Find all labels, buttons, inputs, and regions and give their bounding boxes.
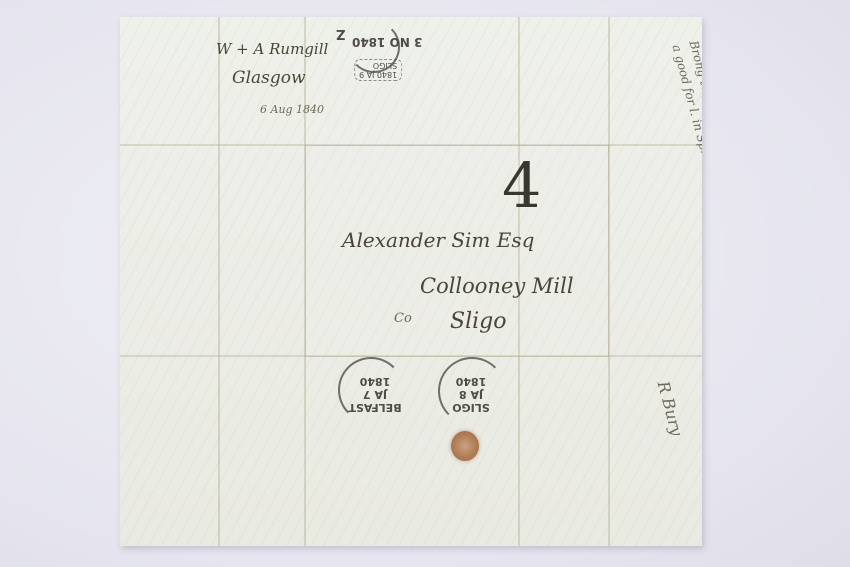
postmark-sligo-year: 1840 [440,375,502,388]
postmark-boxed-town: SLIGO [359,61,397,70]
postmark-belfast-date: JA 7 [344,388,406,401]
wax-seal [451,431,479,461]
postmark-fragment: Z [336,26,345,41]
folded-letter: W + A Rumgill Glasgow 6 Aug 1840 3 NO 18… [120,17,702,546]
docket-line-3: 6 Aug 1840 [260,103,324,116]
postmark-belfast: BELFAST JA 7 1840 [344,375,406,414]
address-line-2: Collooney Mill [420,274,574,298]
postmark-sligo: SLIGO JA 8 1840 [440,375,502,414]
address-line-1: Alexander Sim Esq [342,228,534,252]
fold-line [218,17,220,546]
docket-line-2: Glasgow [232,68,306,88]
postmark-top-circle: 3 NO 1840 [352,35,422,49]
postmark-boxed-date: 1840 JA 9 [359,70,397,79]
address-line-3: Sligo [450,309,506,334]
postmark-sligo-town: SLIGO [440,401,502,414]
rate-marking: 4 [502,149,541,222]
postmark-belfast-year: 1840 [344,375,406,388]
postmark-belfast-town: BELFAST [344,401,406,414]
postmark-sligo-date: JA 8 [440,388,502,401]
docket-line-1: W + A Rumgill [216,40,328,58]
address-line-3-prefix: Co [394,311,412,326]
postmark-boxed: 1840 JA 9 SLIGO [354,59,402,81]
